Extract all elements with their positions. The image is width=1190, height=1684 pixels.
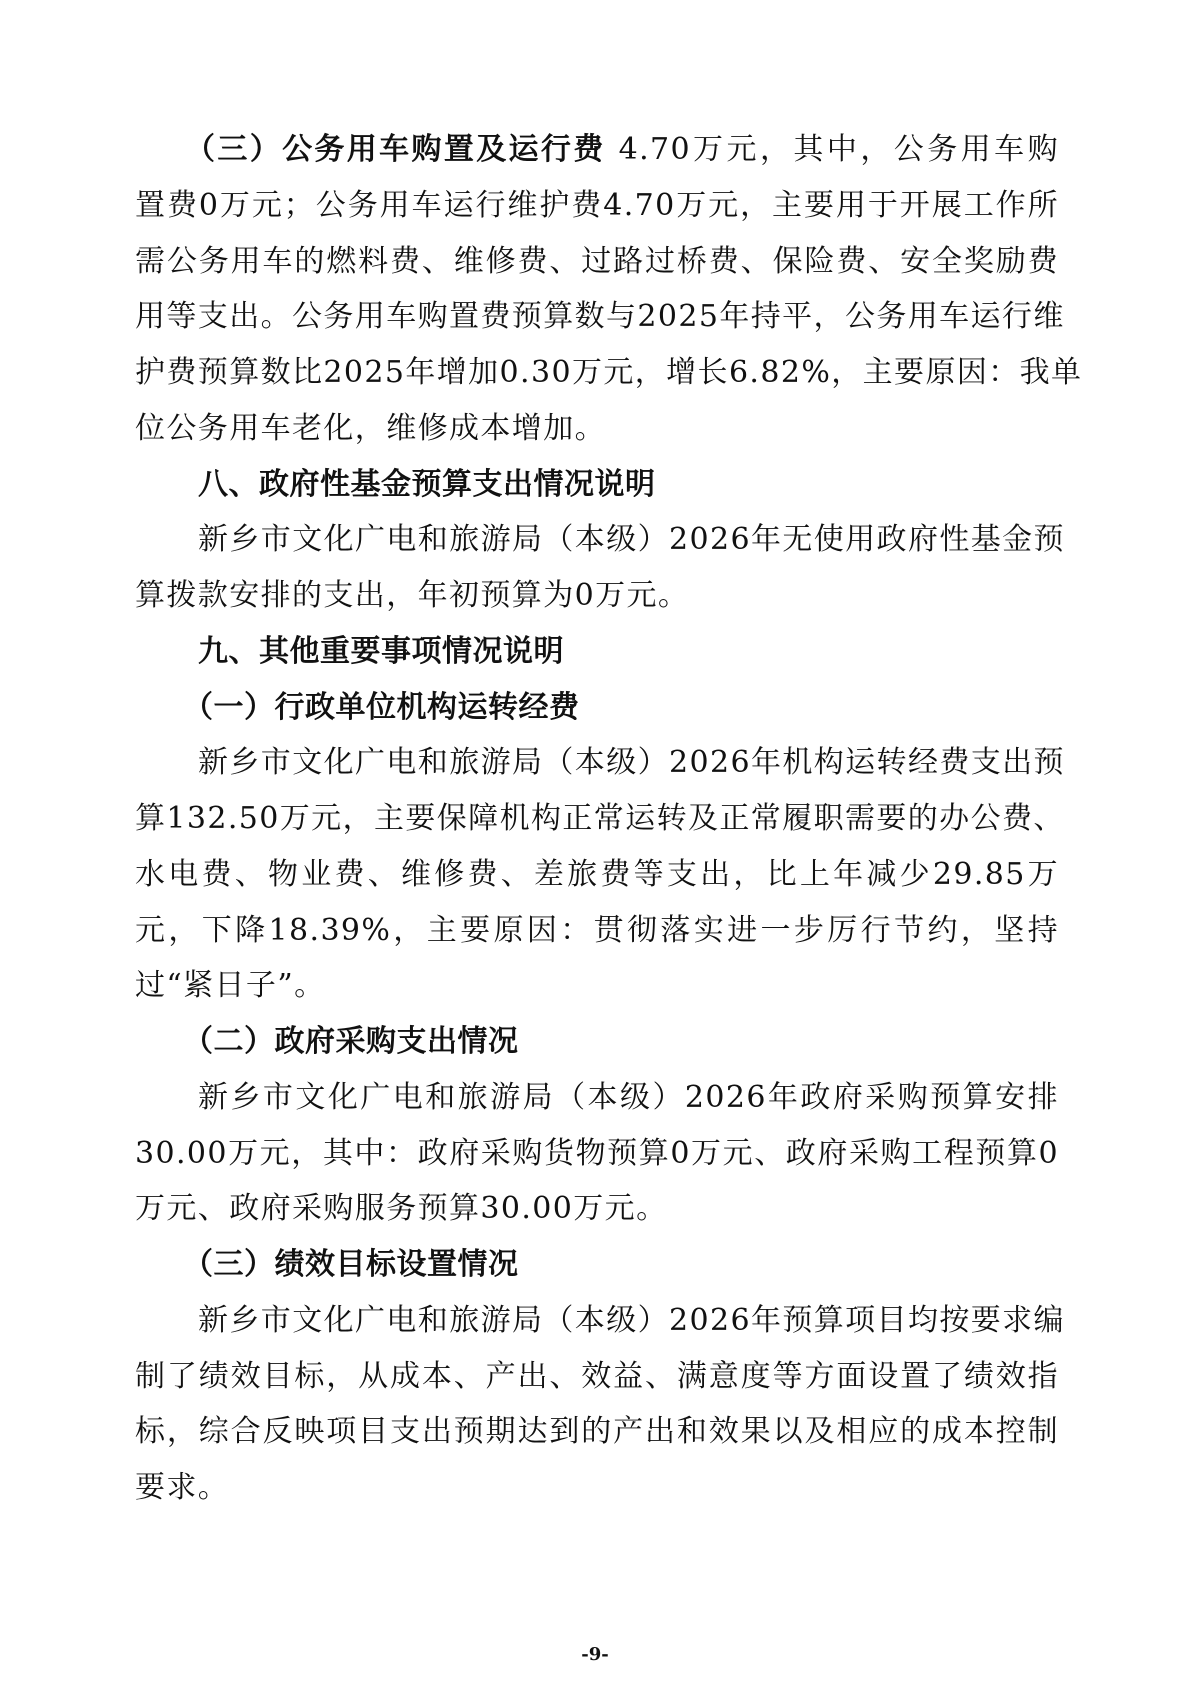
paragraph-line: 算132.50万元，主要保障机构正常运转及正常履职需要的办公费、 — [135, 791, 1059, 847]
paragraph-line: 水电费、物业费、维修费、差旅费等支出，比上年减少29.85万 — [135, 847, 1059, 903]
paragraph-line: 位公务用车老化，维修成本增加。 — [135, 401, 1059, 457]
paragraph-line: 算拨款安排的支出，年初预算为0万元。 — [135, 568, 1059, 624]
paragraph-line: 用等支出。公务用车购置费预算数与2025年持平，公务用车运行维 — [135, 289, 1059, 345]
paragraph-line: 元，下降18.39%，主要原因：贯彻落实进一步厉行节约，坚持 — [135, 903, 1059, 959]
document-page: （三）公务用车购置及运行费 4.70万元，其中，公务用车购 置费0万元；公务用车… — [135, 122, 1059, 1516]
paragraph-line: 新乡市文化广电和旅游局（本级）2026年机构运转经费支出预 — [135, 735, 1059, 791]
paragraph-line: （三）公务用车购置及运行费 4.70万元，其中，公务用车购 — [135, 122, 1059, 178]
paragraph-line: 新乡市文化广电和旅游局（本级）2026年政府采购预算安排 — [135, 1070, 1059, 1126]
section-heading-9: 九、其他重要事项情况说明 — [135, 624, 1059, 680]
subsection-heading-3: （三）绩效目标设置情况 — [135, 1237, 1059, 1293]
paragraph-line: 标，综合反映项目支出预期达到的产出和效果以及相应的成本控制 — [135, 1404, 1059, 1460]
paragraph-line: 过“紧日子”。 — [135, 958, 1059, 1014]
paragraph-line: 护费预算数比2025年增加0.30万元，增长6.82%，主要原因：我单 — [135, 345, 1059, 401]
section-heading-8: 八、政府性基金预算支出情况说明 — [135, 457, 1059, 513]
paragraph-line: 需公务用车的燃料费、维修费、过路过桥费、保险费、安全奖励费 — [135, 234, 1059, 290]
subsection-heading-2: （二）政府采购支出情况 — [135, 1014, 1059, 1070]
paragraph-line: 万元、政府采购服务预算30.00万元。 — [135, 1181, 1059, 1237]
paragraph-line: 30.00万元，其中：政府采购货物预算0万元、政府采购工程预算0 — [135, 1126, 1059, 1182]
paragraph-line: 新乡市文化广电和旅游局（本级）2026年预算项目均按要求编 — [135, 1293, 1059, 1349]
subsection-heading-1: （一）行政单位机构运转经费 — [135, 680, 1059, 736]
paragraph-line: 制了绩效目标，从成本、产出、效益、满意度等方面设置了绩效指 — [135, 1349, 1059, 1405]
paragraph-line: 新乡市文化广电和旅游局（本级）2026年无使用政府性基金预 — [135, 512, 1059, 568]
paragraph-line: 置费0万元；公务用车运行维护费4.70万元，主要用于开展工作所 — [135, 178, 1059, 234]
section-heading-vehicle-costs: （三）公务用车购置及运行费 — [185, 132, 606, 167]
paragraph-text: 4.70万元，其中，公务用车购 — [606, 132, 1059, 167]
paragraph-line: 要求。 — [135, 1460, 1059, 1516]
page-number: -9- — [0, 1644, 1190, 1665]
